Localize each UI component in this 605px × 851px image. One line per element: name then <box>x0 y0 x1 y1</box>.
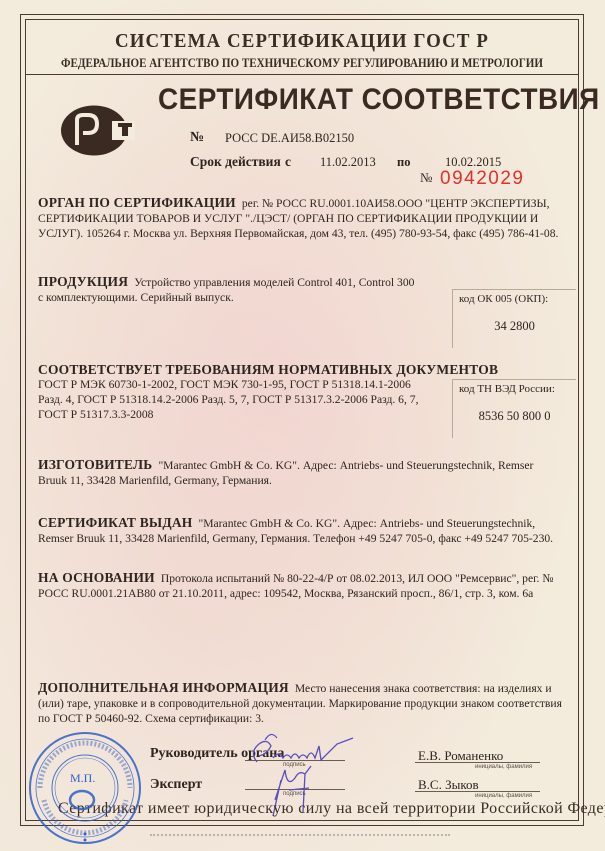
header-divider <box>25 74 579 75</box>
product-label: ПРОДУКЦИЯ <box>38 274 128 289</box>
section-certification-body: ОРГАН ПО СЕРТИФИКАЦИИрег. № РОСС RU.0001… <box>38 195 563 242</box>
blank-number-label: № <box>420 170 432 186</box>
standards-text: ГОСТ Р МЭК 60730-1-2002, ГОСТ МЭК 730-1-… <box>38 377 423 423</box>
valid-to-label: по <box>397 155 410 170</box>
additional-label: ДОПОЛНИТЕЛЬНАЯ ИНФОРМАЦИЯ <box>38 680 289 695</box>
basis-label: НА ОСНОВАНИИ <box>38 570 155 585</box>
valid-from: 11.02.2013 <box>320 155 376 170</box>
manufacturer-label: ИЗГОТОВИТЕЛЬ <box>38 457 152 472</box>
certification-body-label: ОРГАН ПО СЕРТИФИКАЦИИ <box>38 195 236 210</box>
section-issued-to: СЕРТИФИКАТ ВЫДАН"Marantec GmbH & Co. KG"… <box>38 515 563 546</box>
system-title: СИСТЕМА СЕРТИФИКАЦИИ ГОСТ Р <box>47 30 557 53</box>
expert-name-caption: инициалы, фамилия <box>475 793 532 799</box>
svg-text:М.П.: М.П. <box>70 771 95 785</box>
section-manufacturer: ИЗГОТОВИТЕЛЬ"Marantec GmbH & Co. KG". Ад… <box>38 457 563 488</box>
expert-label: Эксперт <box>150 777 202 793</box>
official-stamp-icon: М.П. <box>22 730 147 850</box>
expert-name-line <box>415 791 540 792</box>
issued-to-label: СЕРТИФИКАТ ВЫДАН <box>38 515 193 530</box>
agency-name: ФЕДЕРАЛЬНОЕ АГЕНТСТВО ПО ТЕХНИЧЕСКОМУ РЕ… <box>58 56 546 71</box>
printer-fine-print <box>150 834 450 838</box>
number-label: № <box>190 130 204 146</box>
head-name-line <box>415 762 540 763</box>
document-title: СЕРТИФИКАТ СООТВЕТСТВИЯ <box>158 83 600 117</box>
okp-code-value: 34 2800 <box>453 319 576 334</box>
standards-label: СООТВЕТСТВУЕТ ТРЕБОВАНИЯМ НОРМАТИВНЫХ ДО… <box>38 362 557 377</box>
head-name-caption: инициалы, фамилия <box>475 764 532 770</box>
valid-from-label: с <box>285 154 291 170</box>
rst-gost-logo-icon <box>60 103 135 158</box>
tnved-code-box: код ТН ВЭД России: 8536 50 800 0 <box>452 379 576 438</box>
certificate-number: РОСС DE.АИ58.В02150 <box>225 131 354 146</box>
section-product: ПРОДУКЦИЯУстройство управления моделей C… <box>38 274 418 305</box>
tnved-code-value: 8536 50 800 0 <box>453 409 576 424</box>
section-additional: ДОПОЛНИТЕЛЬНАЯ ИНФОРМАЦИЯМесто нанесения… <box>38 680 563 727</box>
okp-code-caption: код ОК 005 (ОКП): <box>459 293 548 305</box>
validity-label: Срок действия <box>190 154 281 170</box>
okp-code-box: код ОК 005 (ОКП): 34 2800 <box>452 289 576 348</box>
blank-number: 0942029 <box>440 168 524 190</box>
section-standards: СООТВЕТСТВУЕТ ТРЕБОВАНИЯМ НОРМАТИВНЫХ ДО… <box>38 362 563 377</box>
section-basis: НА ОСНОВАНИИПротокола испытаний № 80-22-… <box>38 570 563 601</box>
tnved-code-caption: код ТН ВЭД России: <box>459 383 555 395</box>
